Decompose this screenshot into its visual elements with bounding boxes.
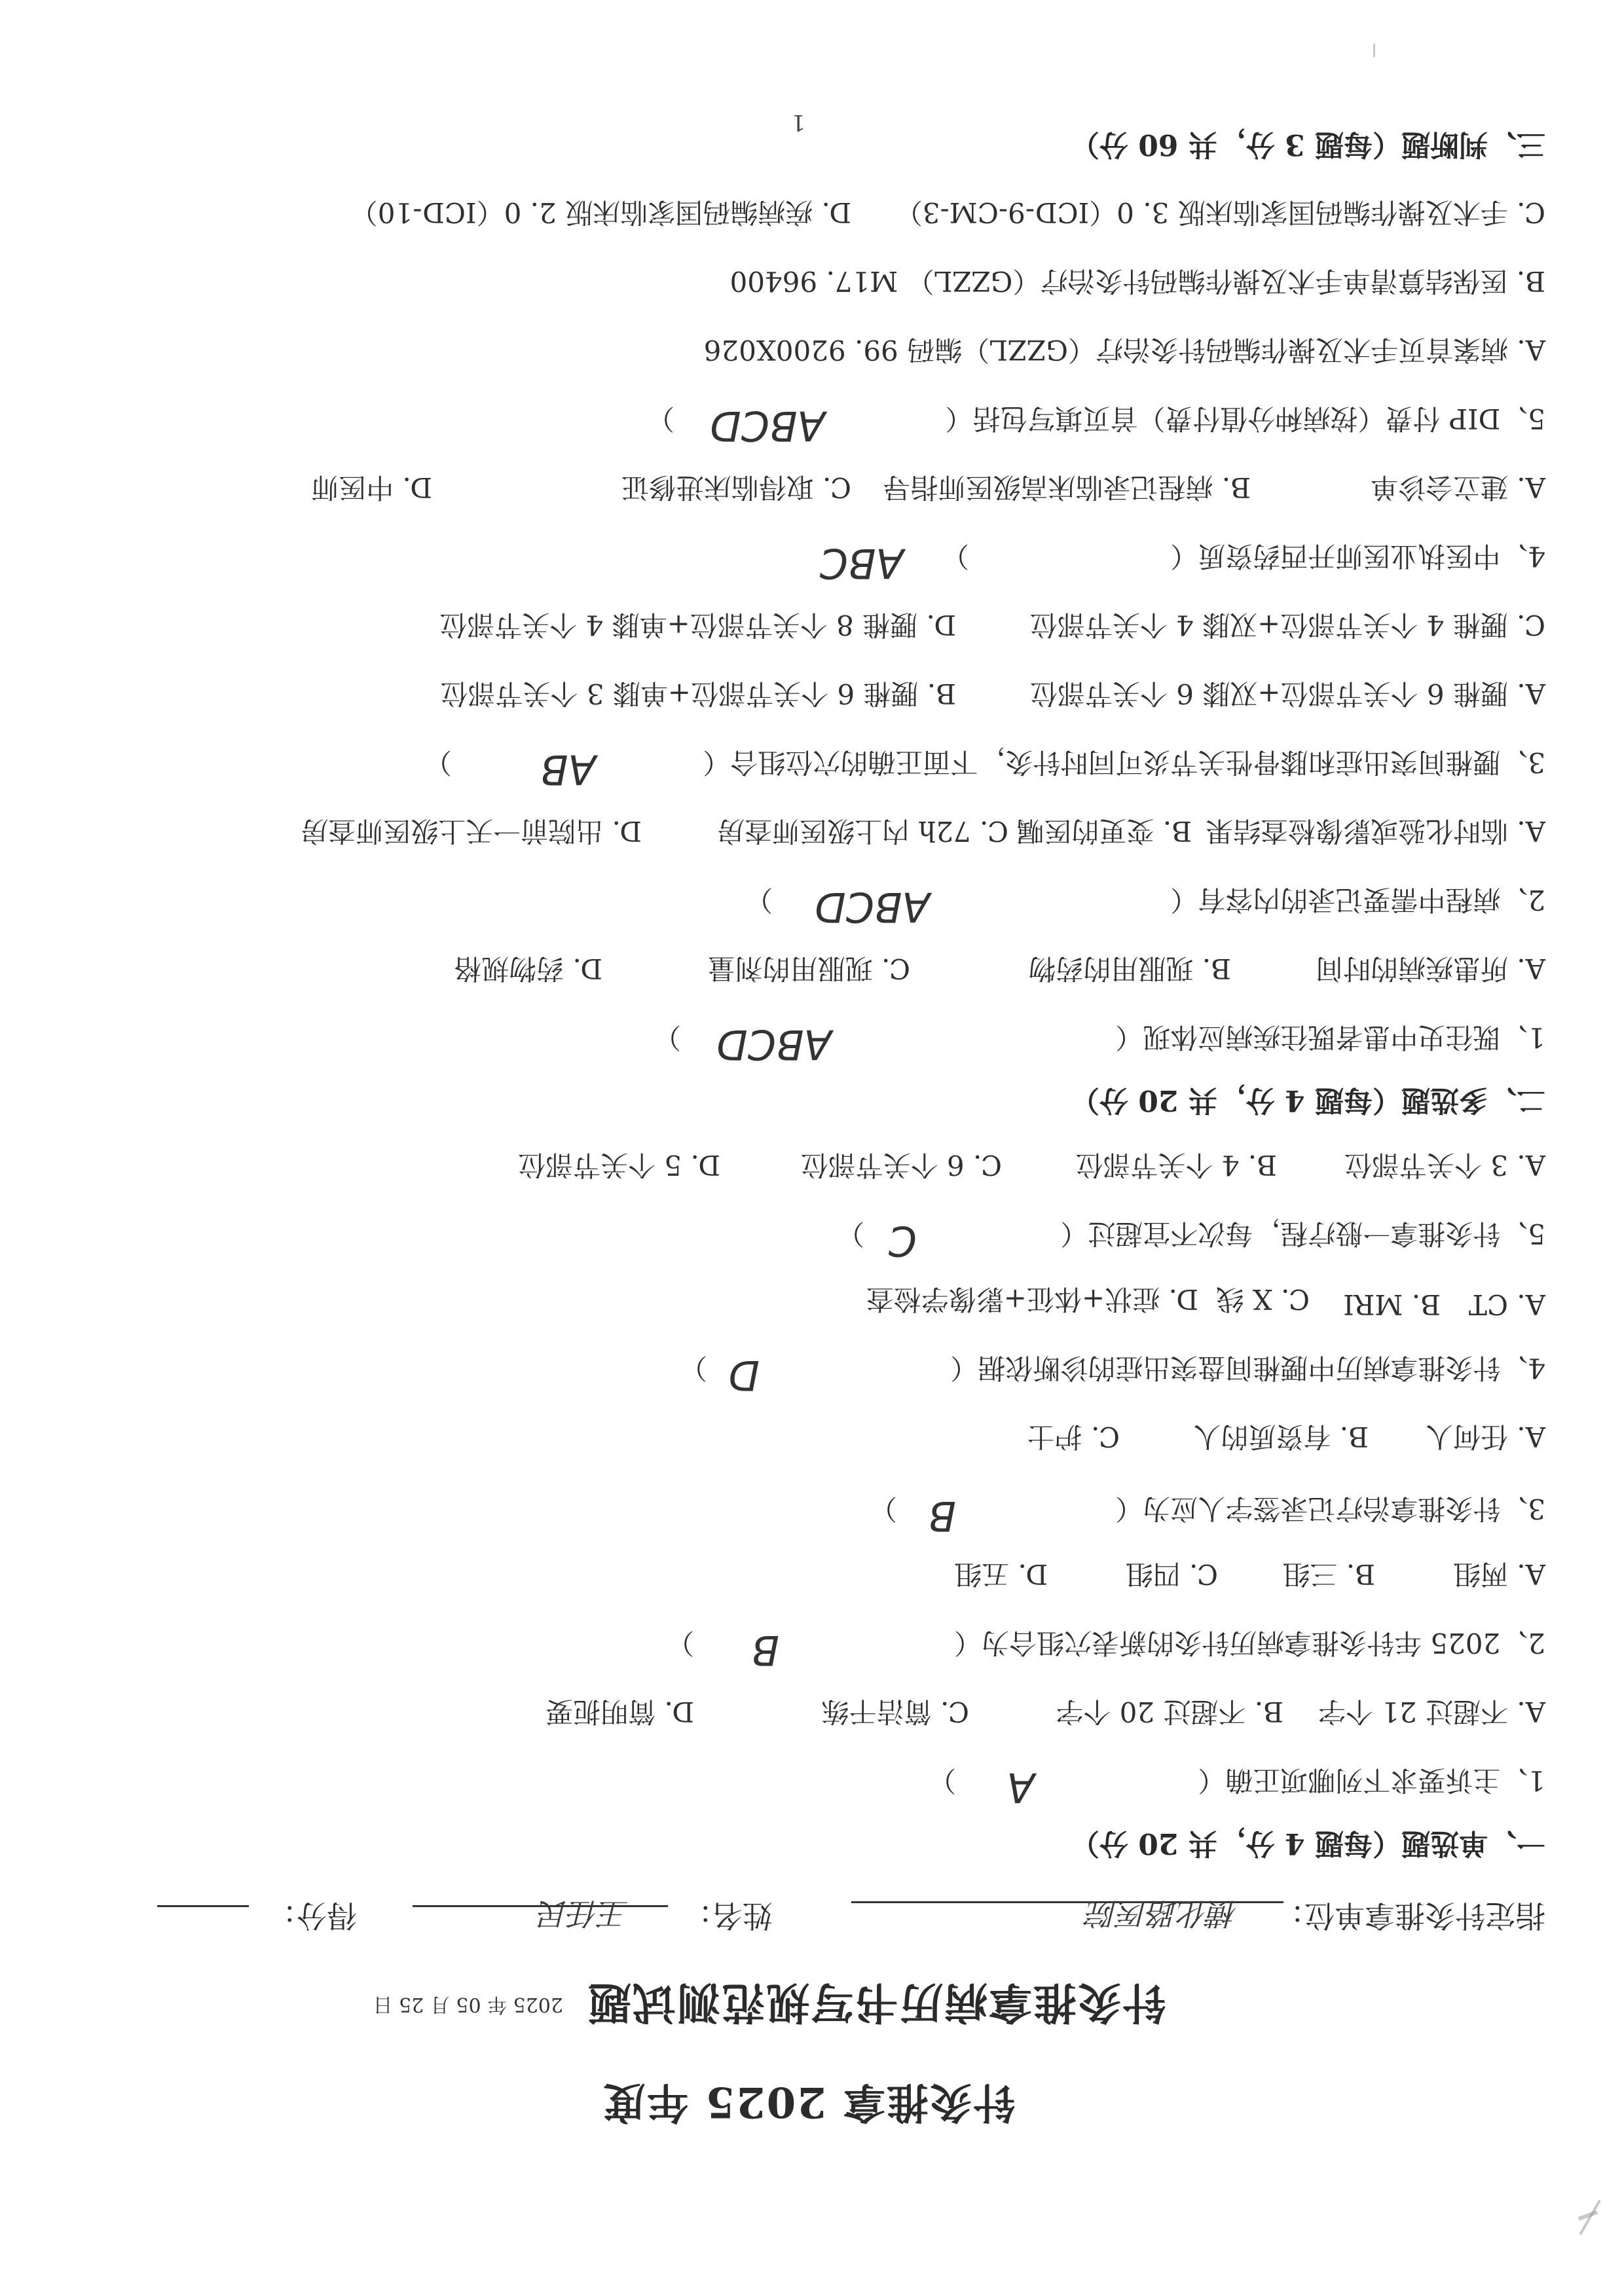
scan-mark: [1373, 44, 1375, 57]
option: D. 五组: [954, 1556, 1048, 1595]
org-year-heading: 针灸推拿 2025 年度: [602, 2075, 1015, 2136]
option: C. 6 个关节部位: [801, 1147, 1002, 1186]
question-close: ）: [654, 1019, 681, 1059]
option: C. 现服用的剂量: [708, 951, 910, 990]
question-close: ）: [647, 401, 674, 440]
page-number: 1: [791, 109, 805, 136]
option: C. 手术及操作编码国家临床版 3. 0（ICD-9-CM-3）: [895, 194, 1545, 234]
question-stem: 4、针灸推拿病历中腰椎间盘突出症的诊断依据（: [950, 1350, 1545, 1389]
option: C. 取得临床进修证: [621, 469, 851, 509]
option: B. 变更的医嘱: [1016, 813, 1192, 852]
option: B. 4 个关节部位: [1075, 1147, 1277, 1186]
option: D. 5 个关节部位: [518, 1147, 720, 1186]
question-stem: 2、病程中需要记录的内容有（: [1170, 882, 1545, 921]
question-stem: 1、既往史中患者既往疾病应体现（: [1115, 1019, 1545, 1059]
score-label: 得分：: [267, 1896, 357, 1939]
option: A. CT: [1469, 1288, 1545, 1321]
question-stem: 1、主诉要求下列哪项正确（: [1198, 1762, 1545, 1802]
option: B. 现服用的药物: [1028, 951, 1231, 990]
option: A. 病案首页手术及操作编码针灸治疗（GZZL）编码 99. 9200X026: [704, 332, 1545, 371]
option: B. 三组: [1282, 1556, 1375, 1595]
option: A. 临时化验或影像检查结果: [1206, 813, 1545, 852]
answer-mark[interactable]: ABC: [820, 539, 904, 587]
answer-mark[interactable]: ABCD: [815, 883, 930, 931]
section-3-heading: 三、判断题（每题 3 分，共 60 分）: [1071, 126, 1545, 168]
exam-date: 2025 年 05 月 25 日: [373, 1992, 563, 2021]
answer-mark[interactable]: AB: [540, 746, 596, 793]
question-close: ）: [870, 1491, 897, 1530]
answer-mark[interactable]: C: [889, 1217, 917, 1265]
question-stem: 3、针灸推拿治疗记录签字人应为（: [1115, 1491, 1545, 1530]
question-stem: 5、针灸推拿一般疗程，每次不宜超过（: [1060, 1216, 1545, 1255]
exam-page: 针灸推拿 2025 年度 针灸推拿病历书写规范测试题 2025 年 05 月 2…: [0, 0, 1624, 2296]
exam-title: 针灸推拿病历书写规范测试题: [587, 1975, 1166, 2037]
question-close: ）: [745, 882, 773, 921]
question-stem: 2、2025 年针灸推拿病历针灸的新表穴组合为（: [954, 1625, 1545, 1664]
question-close: ）: [667, 1625, 694, 1664]
answer-mark[interactable]: D: [728, 1351, 760, 1399]
option: C. 腰椎 4 个关节部位+双膝 4 个关节部位: [1030, 607, 1545, 646]
score-underline: [157, 1905, 249, 1907]
option: A. 所患疾病的时间: [1316, 951, 1545, 990]
name-value[interactable]: 王任民: [538, 1894, 629, 1937]
option: A. 3 个关节部位: [1344, 1147, 1545, 1186]
question-close: ）: [837, 1216, 864, 1255]
option: B. MRI: [1343, 1288, 1441, 1321]
option: B. 不超过 20 个字: [1056, 1694, 1283, 1733]
option: A. 不超过 21 个字: [1318, 1694, 1545, 1733]
option: D. 中医师: [311, 469, 432, 509]
unit-label: 指定针灸推拿单位：: [1274, 1896, 1545, 1939]
unit-value[interactable]: 横化路医院: [1087, 1894, 1238, 1937]
option: D. 简明扼要: [545, 1694, 694, 1733]
answer-mark[interactable]: A: [1007, 1764, 1035, 1812]
option: A. 建立会诊单: [1371, 469, 1545, 509]
answer-mark[interactable]: ABCD: [710, 402, 825, 450]
option: B. 腰椎 6 个关节部位+单膝 3 个关节部位: [440, 676, 956, 715]
option: C. 简洁干练: [822, 1694, 969, 1733]
option: B. 有资质的人: [1193, 1419, 1369, 1458]
question-stem: 4、中医执业医师开西药资质（: [1170, 538, 1545, 577]
answer-mark[interactable]: B: [928, 1492, 956, 1540]
question-close: ）: [424, 744, 452, 784]
option: D. 腰椎 8 个关节部位+单膝 4 个关节部位: [439, 607, 956, 646]
option: A. 腰椎 6 个关节部位+双膝 6 个关节部位: [1030, 676, 1545, 715]
option: C. 四组: [1126, 1556, 1218, 1595]
option: A. 两组: [1453, 1556, 1545, 1595]
option: C. X 线: [1216, 1281, 1310, 1321]
question-close: ）: [942, 538, 969, 577]
option: D. 疾病编码国家临床版 2. 0（ICD-10）: [350, 194, 851, 234]
option: B. 医保结算清单手术及操作编码针灸治疗（GZZL） M17. 96400: [730, 263, 1545, 302]
section-2-heading: 二、多选题（每题 4 分，共 20 分）: [1071, 1082, 1545, 1124]
option: D. 症状+体征+影像学检查: [866, 1281, 1198, 1321]
option: C. 护士: [1027, 1419, 1120, 1458]
question-close: ）: [680, 1350, 707, 1389]
question-stem: 5、DIP 付费（按病种分值付费）首页填写包括（: [945, 401, 1545, 440]
question-stem: 3、腰椎间突出症和膝骨性关节炎可同时针灸，下面正确的穴位组合（: [703, 744, 1545, 784]
option: D. 出院前一天上级医师查房: [301, 813, 642, 852]
option: C. 72h 内上级医师查房: [717, 813, 1008, 852]
option: A. 任何人: [1426, 1419, 1545, 1458]
question-close: ）: [929, 1762, 956, 1802]
option: B. 病程记录临床高级医师指导: [883, 469, 1251, 509]
answer-mark[interactable]: ABCD: [716, 1021, 832, 1068]
section-1-heading: 一、单选题（每题 4 分，共 20 分）: [1071, 1825, 1545, 1867]
name-label: 姓名：: [682, 1896, 773, 1939]
answer-mark[interactable]: B: [751, 1626, 779, 1674]
option: D. 药物规格: [454, 951, 602, 990]
